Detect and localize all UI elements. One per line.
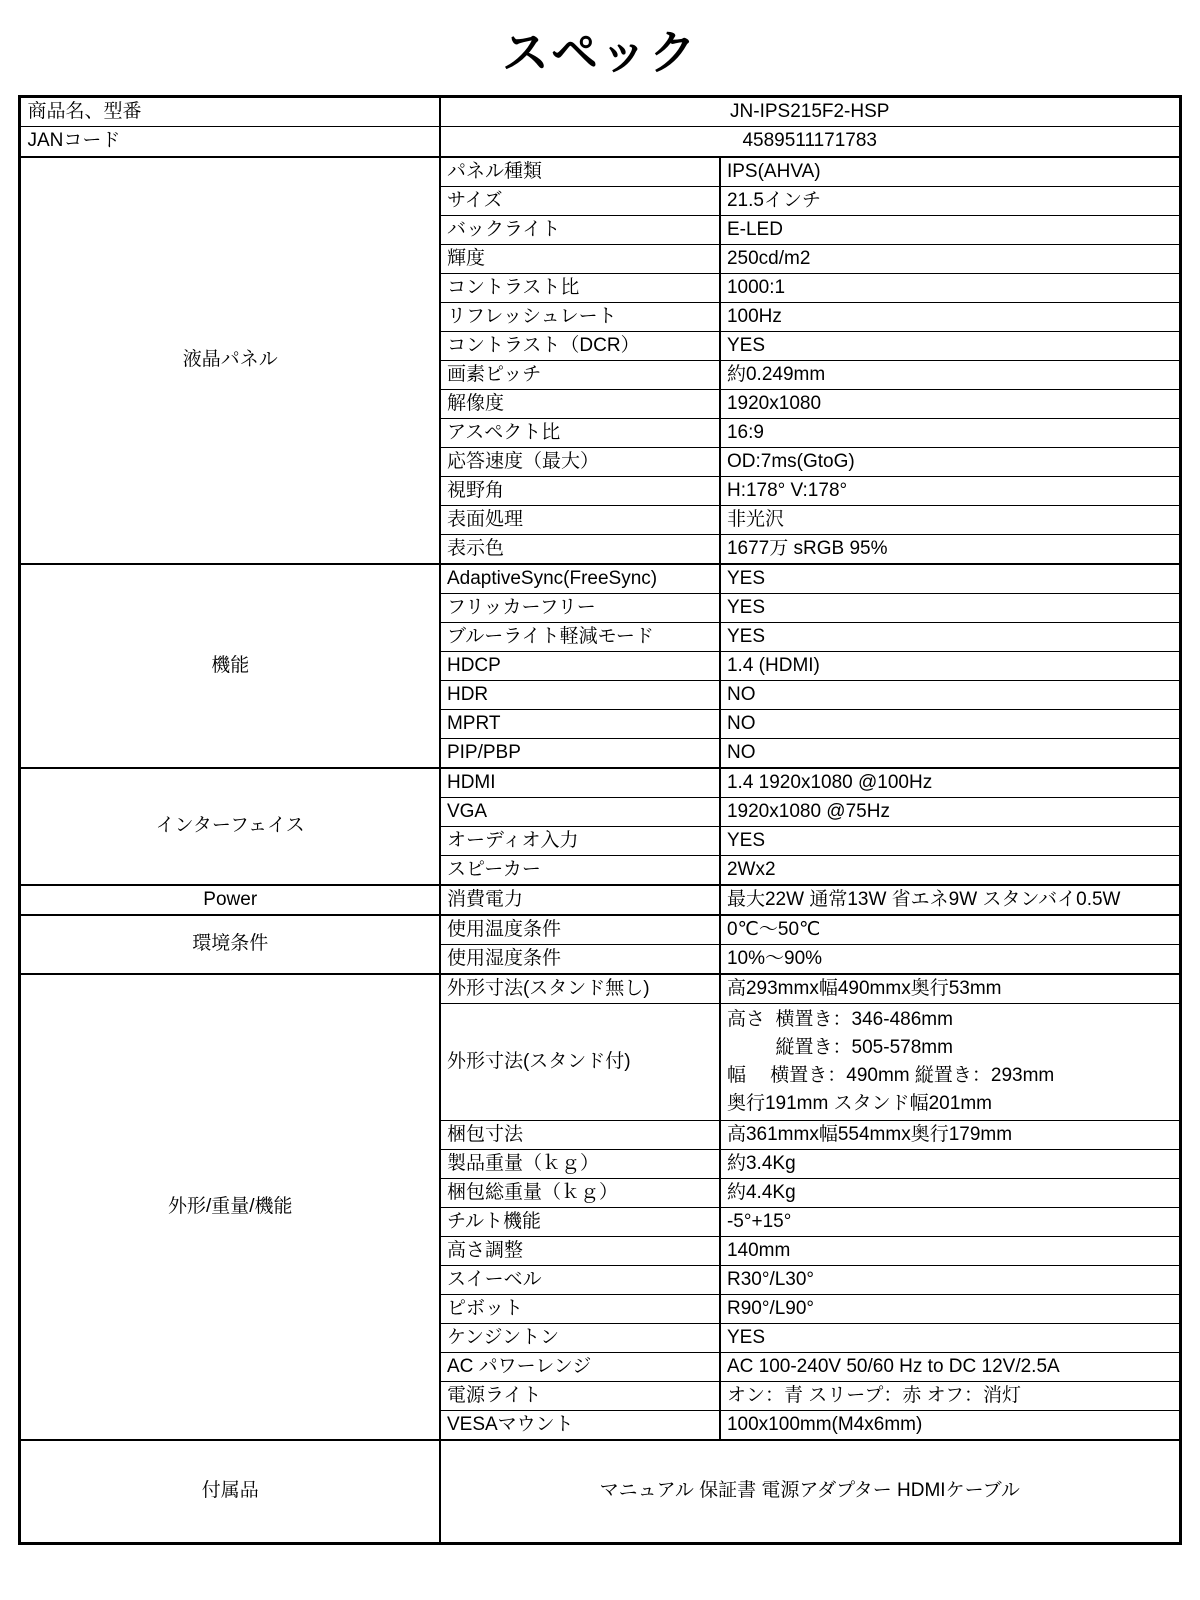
category-cell: インターフェイス (20, 768, 440, 885)
spec-value-cell: 1000:1 (720, 273, 1180, 302)
spec-value-cell: 10%～90% (720, 944, 1180, 974)
spec-label-cell: ケンジントン (440, 1323, 720, 1352)
spec-value-cell: 1920x1080 @75Hz (720, 797, 1180, 826)
spec-label-cell: PIP/PBP (440, 738, 720, 768)
spec-label-cell: 消費電力 (440, 885, 720, 915)
spec-value-cell: 1920x1080 (720, 389, 1180, 418)
spec-label-cell: HDMI (440, 768, 720, 798)
spec-label-cell: 外形寸法(スタンド付) (440, 1003, 720, 1120)
spec-label-cell: 製品重量（ｋｇ） (440, 1149, 720, 1178)
spec-label-cell: 梱包寸法 (440, 1120, 720, 1149)
spec-value-cell: YES (720, 331, 1180, 360)
category-cell: 機能 (20, 564, 440, 768)
category-cell: 外形/重量/機能 (20, 974, 440, 1440)
spec-label-cell: VGA (440, 797, 720, 826)
spec-value-cell: 100Hz (720, 302, 1180, 331)
spec-value-cell: NO (720, 738, 1180, 768)
spec-label-cell: パネル種類 (440, 157, 720, 187)
spec-label-cell: スイーベル (440, 1265, 720, 1294)
spec-label-cell: 使用湿度条件 (440, 944, 720, 974)
spec-label-cell: HDR (440, 680, 720, 709)
spec-table-body: 商品名、型番JN-IPS215F2-HSPJANコード4589511171783… (20, 97, 1180, 1544)
header-label-cell: JANコード (20, 127, 440, 157)
spec-value-line: 縦置き：505-578mm (727, 1034, 1173, 1062)
spec-value-cell: YES (720, 826, 1180, 855)
table-row: 環境条件使用温度条件0℃～50℃ (20, 915, 1180, 945)
spec-label-cell: チルト機能 (440, 1207, 720, 1236)
spec-value-cell: YES (720, 1323, 1180, 1352)
spec-label-cell: AC パワーレンジ (440, 1352, 720, 1381)
spec-label-cell: サイズ (440, 186, 720, 215)
spec-value-cell: -5°+15° (720, 1207, 1180, 1236)
spec-value-cell: E-LED (720, 215, 1180, 244)
spec-value-cell: 1.4 1920x1080 @100Hz (720, 768, 1180, 798)
table-row: Power消費電力最大22W 通常13W 省エネ9W スタンバイ0.5W (20, 885, 1180, 915)
header-label-cell: 商品名、型番 (20, 97, 440, 127)
spec-sheet-page: スペック 商品名、型番JN-IPS215F2-HSPJANコード45895111… (0, 0, 1200, 1600)
spec-value-line: 高さ 横置き：346-486mm (727, 1006, 1173, 1034)
spec-value-cell: 高361mmx幅554mmx奥行179mm (720, 1120, 1180, 1149)
page-title: スペック (0, 0, 1200, 83)
spec-label-cell: 画素ピッチ (440, 360, 720, 389)
spec-label-cell: 梱包総重量（ｋｇ） (440, 1178, 720, 1207)
spec-label-cell: アスペクト比 (440, 418, 720, 447)
spec-label-cell: AdaptiveSync(FreeSync) (440, 564, 720, 594)
spec-value-cell: 最大22W 通常13W 省エネ9W スタンバイ0.5W (720, 885, 1180, 915)
table-row: 液晶パネルパネル種類IPS(AHVA) (20, 157, 1180, 187)
spec-value-cell: AC 100-240V 50/60 Hz to DC 12V/2.5A (720, 1352, 1180, 1381)
spec-label-cell: 外形寸法(スタンド無し) (440, 974, 720, 1004)
table-row: インターフェイスHDMI1.4 1920x1080 @100Hz (20, 768, 1180, 798)
spec-label-cell: ブルーライト軽減モード (440, 622, 720, 651)
spec-value-cell: R30°/L30° (720, 1265, 1180, 1294)
table-row: 付属品マニュアル 保証書 電源アダプター HDMIケーブル (20, 1440, 1180, 1544)
spec-label-cell: 視野角 (440, 476, 720, 505)
spec-label-cell: 表示色 (440, 534, 720, 564)
category-cell: 液晶パネル (20, 157, 440, 564)
spec-value-cell: 250cd/m2 (720, 244, 1180, 273)
spec-value-cell: 非光沢 (720, 505, 1180, 534)
spec-label-cell: 電源ライト (440, 1381, 720, 1410)
spec-value-cell: YES (720, 564, 1180, 594)
header-value-cell: 4589511171783 (440, 127, 1180, 157)
spec-value-cell: NO (720, 709, 1180, 738)
spec-value-cell: 約0.249mm (720, 360, 1180, 389)
spec-table: 商品名、型番JN-IPS215F2-HSPJANコード4589511171783… (18, 95, 1181, 1545)
spec-value-cell: 高293mmx幅490mmx奥行53mm (720, 974, 1180, 1004)
spec-label-cell: フリッカーフリー (440, 593, 720, 622)
spec-value-cell: オン：青 スリープ：赤 オフ：消灯 (720, 1381, 1180, 1410)
spec-value-cell: 1677万 sRGB 95% (720, 534, 1180, 564)
spec-label-cell: ピボット (440, 1294, 720, 1323)
spec-value-cell: 21.5インチ (720, 186, 1180, 215)
spec-value-cell: 16:9 (720, 418, 1180, 447)
spec-value-cell: 高さ 横置き：346-486mm 縦置き：505-578mm幅 横置き：490m… (720, 1003, 1180, 1120)
spec-value-cell: YES (720, 622, 1180, 651)
spec-label-cell: スピーカー (440, 855, 720, 885)
spec-value-cell: R90°/L90° (720, 1294, 1180, 1323)
merged-value-cell: マニュアル 保証書 電源アダプター HDMIケーブル (440, 1440, 1180, 1544)
spec-label-cell: 表面処理 (440, 505, 720, 534)
spec-label-cell: 応答速度（最大） (440, 447, 720, 476)
spec-label-cell: MPRT (440, 709, 720, 738)
spec-label-cell: オーディオ入力 (440, 826, 720, 855)
table-row: 外形/重量/機能外形寸法(スタンド無し)高293mmx幅490mmx奥行53mm (20, 974, 1180, 1004)
spec-value-cell: 140mm (720, 1236, 1180, 1265)
spec-value-cell: 0℃～50℃ (720, 915, 1180, 945)
spec-label-cell: 輝度 (440, 244, 720, 273)
spec-label-cell: 高さ調整 (440, 1236, 720, 1265)
header-row: 商品名、型番JN-IPS215F2-HSP (20, 97, 1180, 127)
header-row: JANコード4589511171783 (20, 127, 1180, 157)
spec-label-cell: 解像度 (440, 389, 720, 418)
spec-value-cell: 約3.4Kg (720, 1149, 1180, 1178)
header-value-cell: JN-IPS215F2-HSP (440, 97, 1180, 127)
category-cell: 環境条件 (20, 915, 440, 974)
spec-label-cell: バックライト (440, 215, 720, 244)
spec-value-cell: 100x100mm(M4x6mm) (720, 1410, 1180, 1440)
category-cell: 付属品 (20, 1440, 440, 1544)
spec-value-line: 奥行191mm スタンド幅201mm (727, 1090, 1173, 1118)
spec-value-cell: YES (720, 593, 1180, 622)
spec-value-cell: H:178° V:178° (720, 476, 1180, 505)
spec-label-cell: コントラスト（DCR） (440, 331, 720, 360)
spec-label-cell: 使用温度条件 (440, 915, 720, 945)
spec-value-cell: 2Wx2 (720, 855, 1180, 885)
spec-value-cell: NO (720, 680, 1180, 709)
spec-label-cell: コントラスト比 (440, 273, 720, 302)
spec-label-cell: VESAマウント (440, 1410, 720, 1440)
spec-value-cell: 約4.4Kg (720, 1178, 1180, 1207)
category-cell: Power (20, 885, 440, 915)
spec-value-line: 幅 横置き：490mm 縦置き：293mm (727, 1062, 1173, 1090)
spec-label-cell: リフレッシュレート (440, 302, 720, 331)
spec-value-cell: 1.4 (HDMI) (720, 651, 1180, 680)
spec-label-cell: HDCP (440, 651, 720, 680)
table-row: 機能AdaptiveSync(FreeSync)YES (20, 564, 1180, 594)
spec-value-cell: IPS(AHVA) (720, 157, 1180, 187)
spec-value-cell: OD:7ms(GtoG) (720, 447, 1180, 476)
